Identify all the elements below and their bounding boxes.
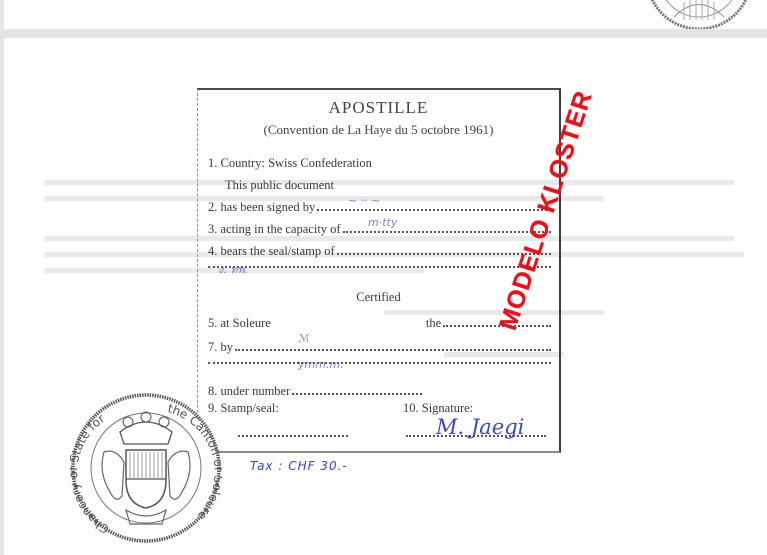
canton-seal-icon: Chancery of State for the Canton of Sole… [70,392,222,544]
handwriting-scribble: ℳ [298,332,310,345]
current-page[interactable]: APOSTILLE (Convention de La Haye du 5 oc… [4,38,767,555]
handwritten-signature: M. Jaegi [436,415,524,439]
apostille-subtitle: (Convention de La Haye du 5 octobre 1961… [198,122,559,138]
stamp-dotted-line [238,435,348,437]
field-seal-stamp: 4. bears the seal/stamp of [208,244,551,259]
handwriting-scribble: ymm.m. [298,358,344,371]
field-country: 1. Country: Swiss Confederation [208,156,551,171]
previous-page[interactable] [4,0,767,29]
tax-note: Tax : CHF 30.- [250,459,348,473]
field-by-cont [208,362,551,367]
field-number: 8. under number [208,384,551,399]
handwriting-scribble: ง. ทพ. [218,260,248,278]
seal-fragment-icon [644,0,754,29]
field-public-document: This public document [225,178,551,193]
field-signature: 10. Signature: [403,401,551,416]
signature-area: 9. Stamp/seal: 10. Signature: M. Jaegi [198,401,559,451]
field-by: 7. by [208,340,551,355]
handwriting-scribble: m·tty [368,216,397,229]
apostille-certificate: APOSTILLE (Convention de La Haye du 5 oc… [197,88,561,453]
handwriting-scribble: ~ ·· ~ [348,194,380,207]
apostille-title: APOSTILLE [198,98,559,118]
field-seal-stamp-cont [208,266,551,271]
